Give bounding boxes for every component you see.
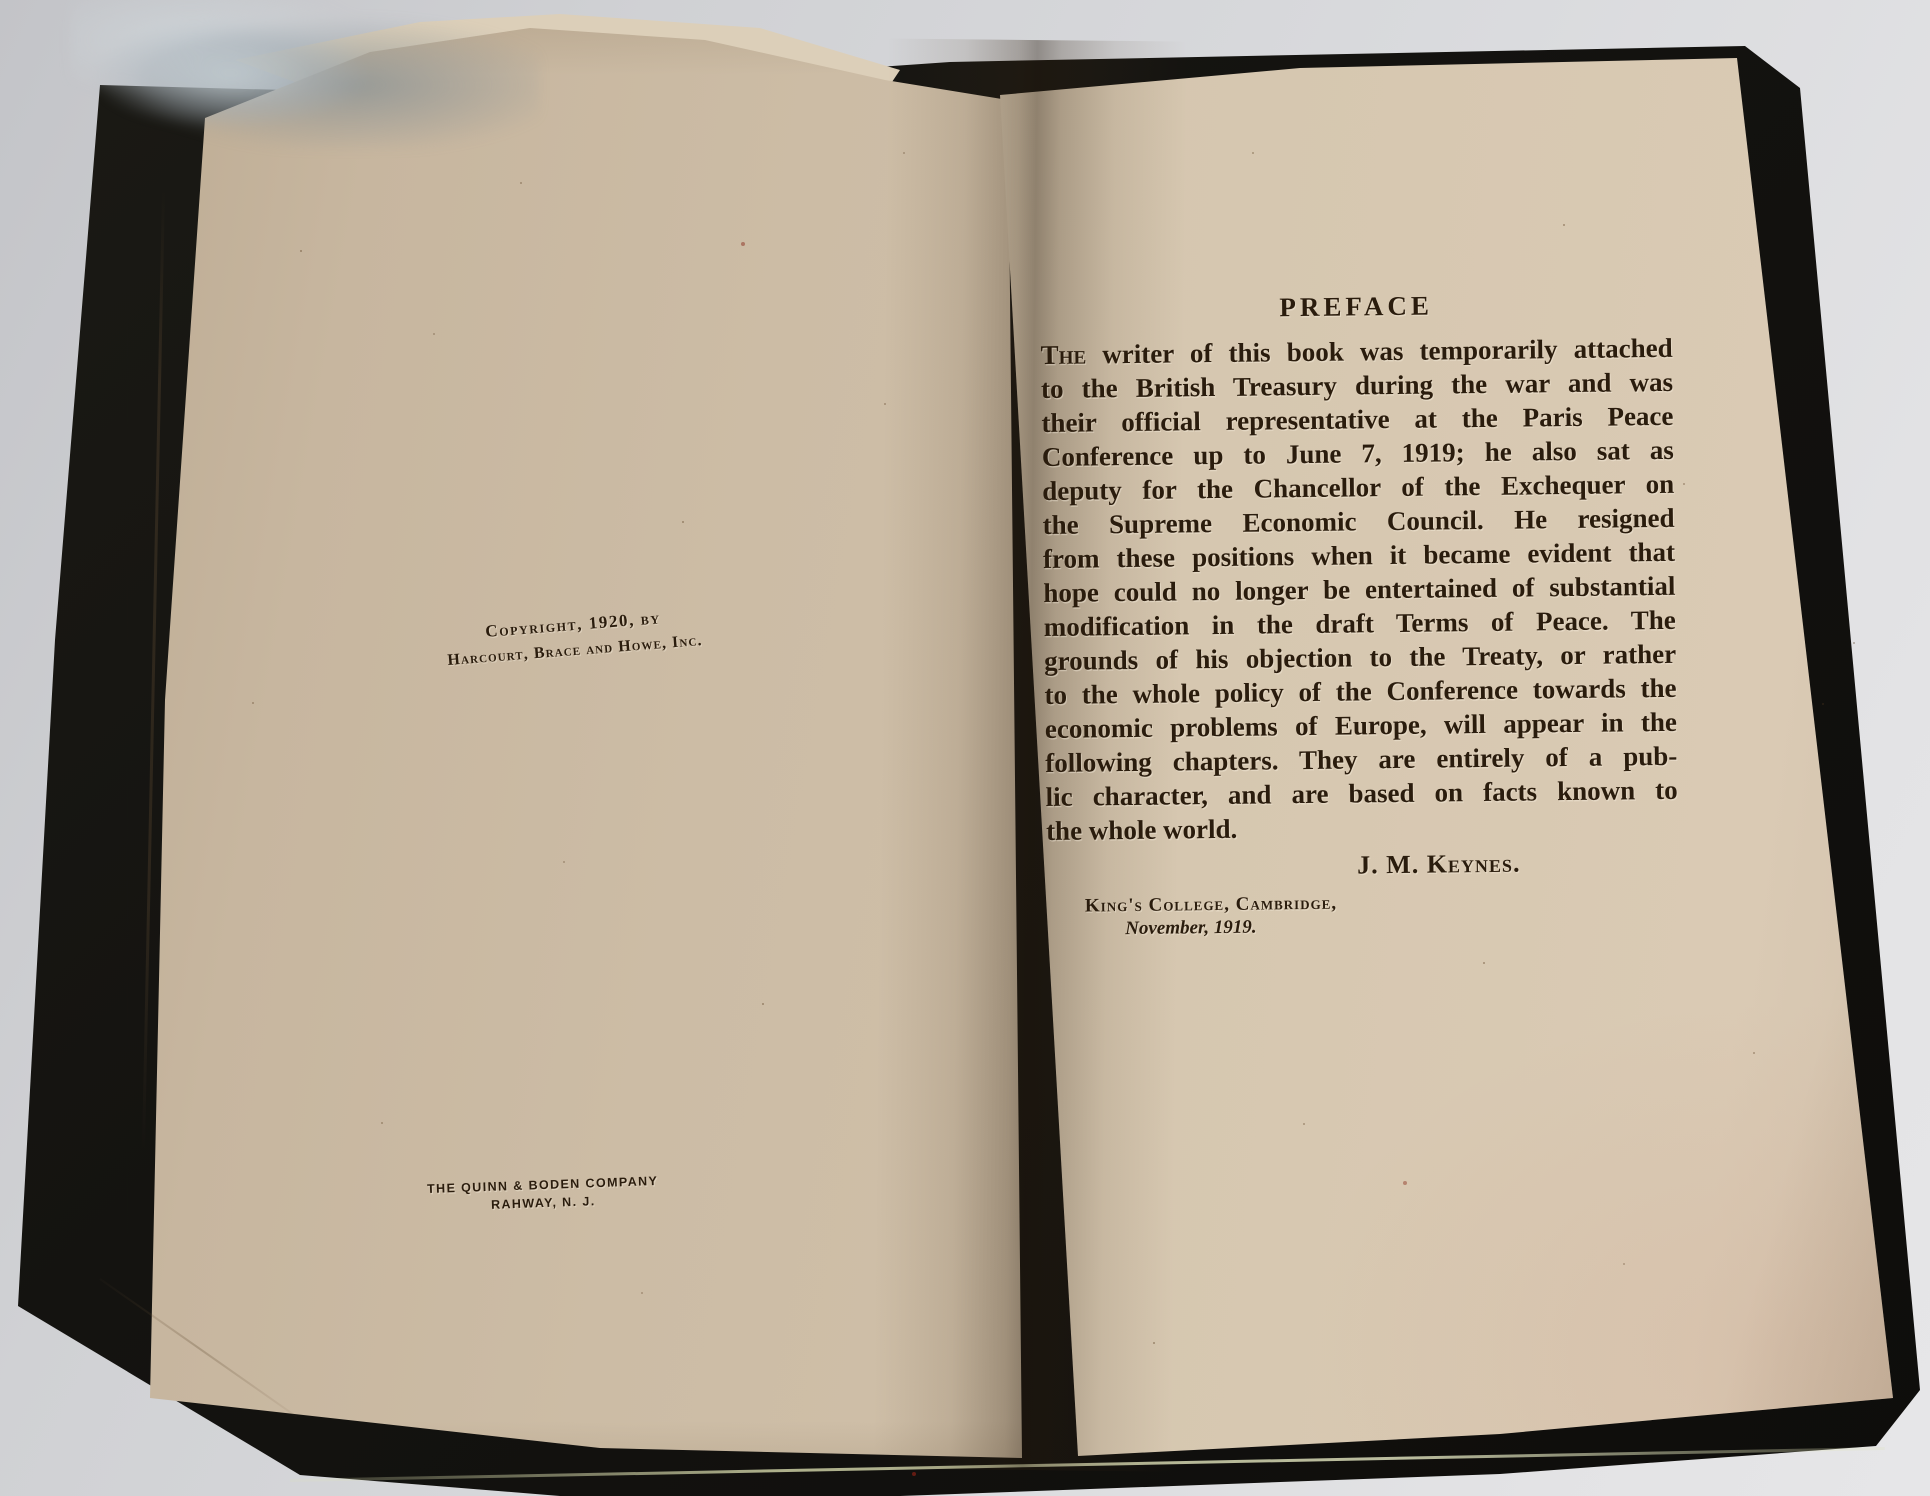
preface-heading: PREFACE bbox=[1040, 287, 1672, 326]
book-photo: Copyright, 1920, by Harcourt, Brace and … bbox=[0, 0, 1930, 1496]
corner-smudge bbox=[70, 0, 540, 150]
author-signature: J. M. Keynes. bbox=[1046, 845, 1678, 886]
preface-paragraph: The writer of this book was temporarily … bbox=[1040, 331, 1678, 848]
preface-lead-word: The bbox=[1041, 339, 1087, 370]
preface-line: lic character, and are based on facts kn… bbox=[1046, 773, 1678, 814]
paper-specks bbox=[0, 0, 2, 2]
preface-block: PREFACE The writer of this book was temp… bbox=[1040, 287, 1679, 941]
preface-line: the whole world. bbox=[1046, 807, 1678, 848]
